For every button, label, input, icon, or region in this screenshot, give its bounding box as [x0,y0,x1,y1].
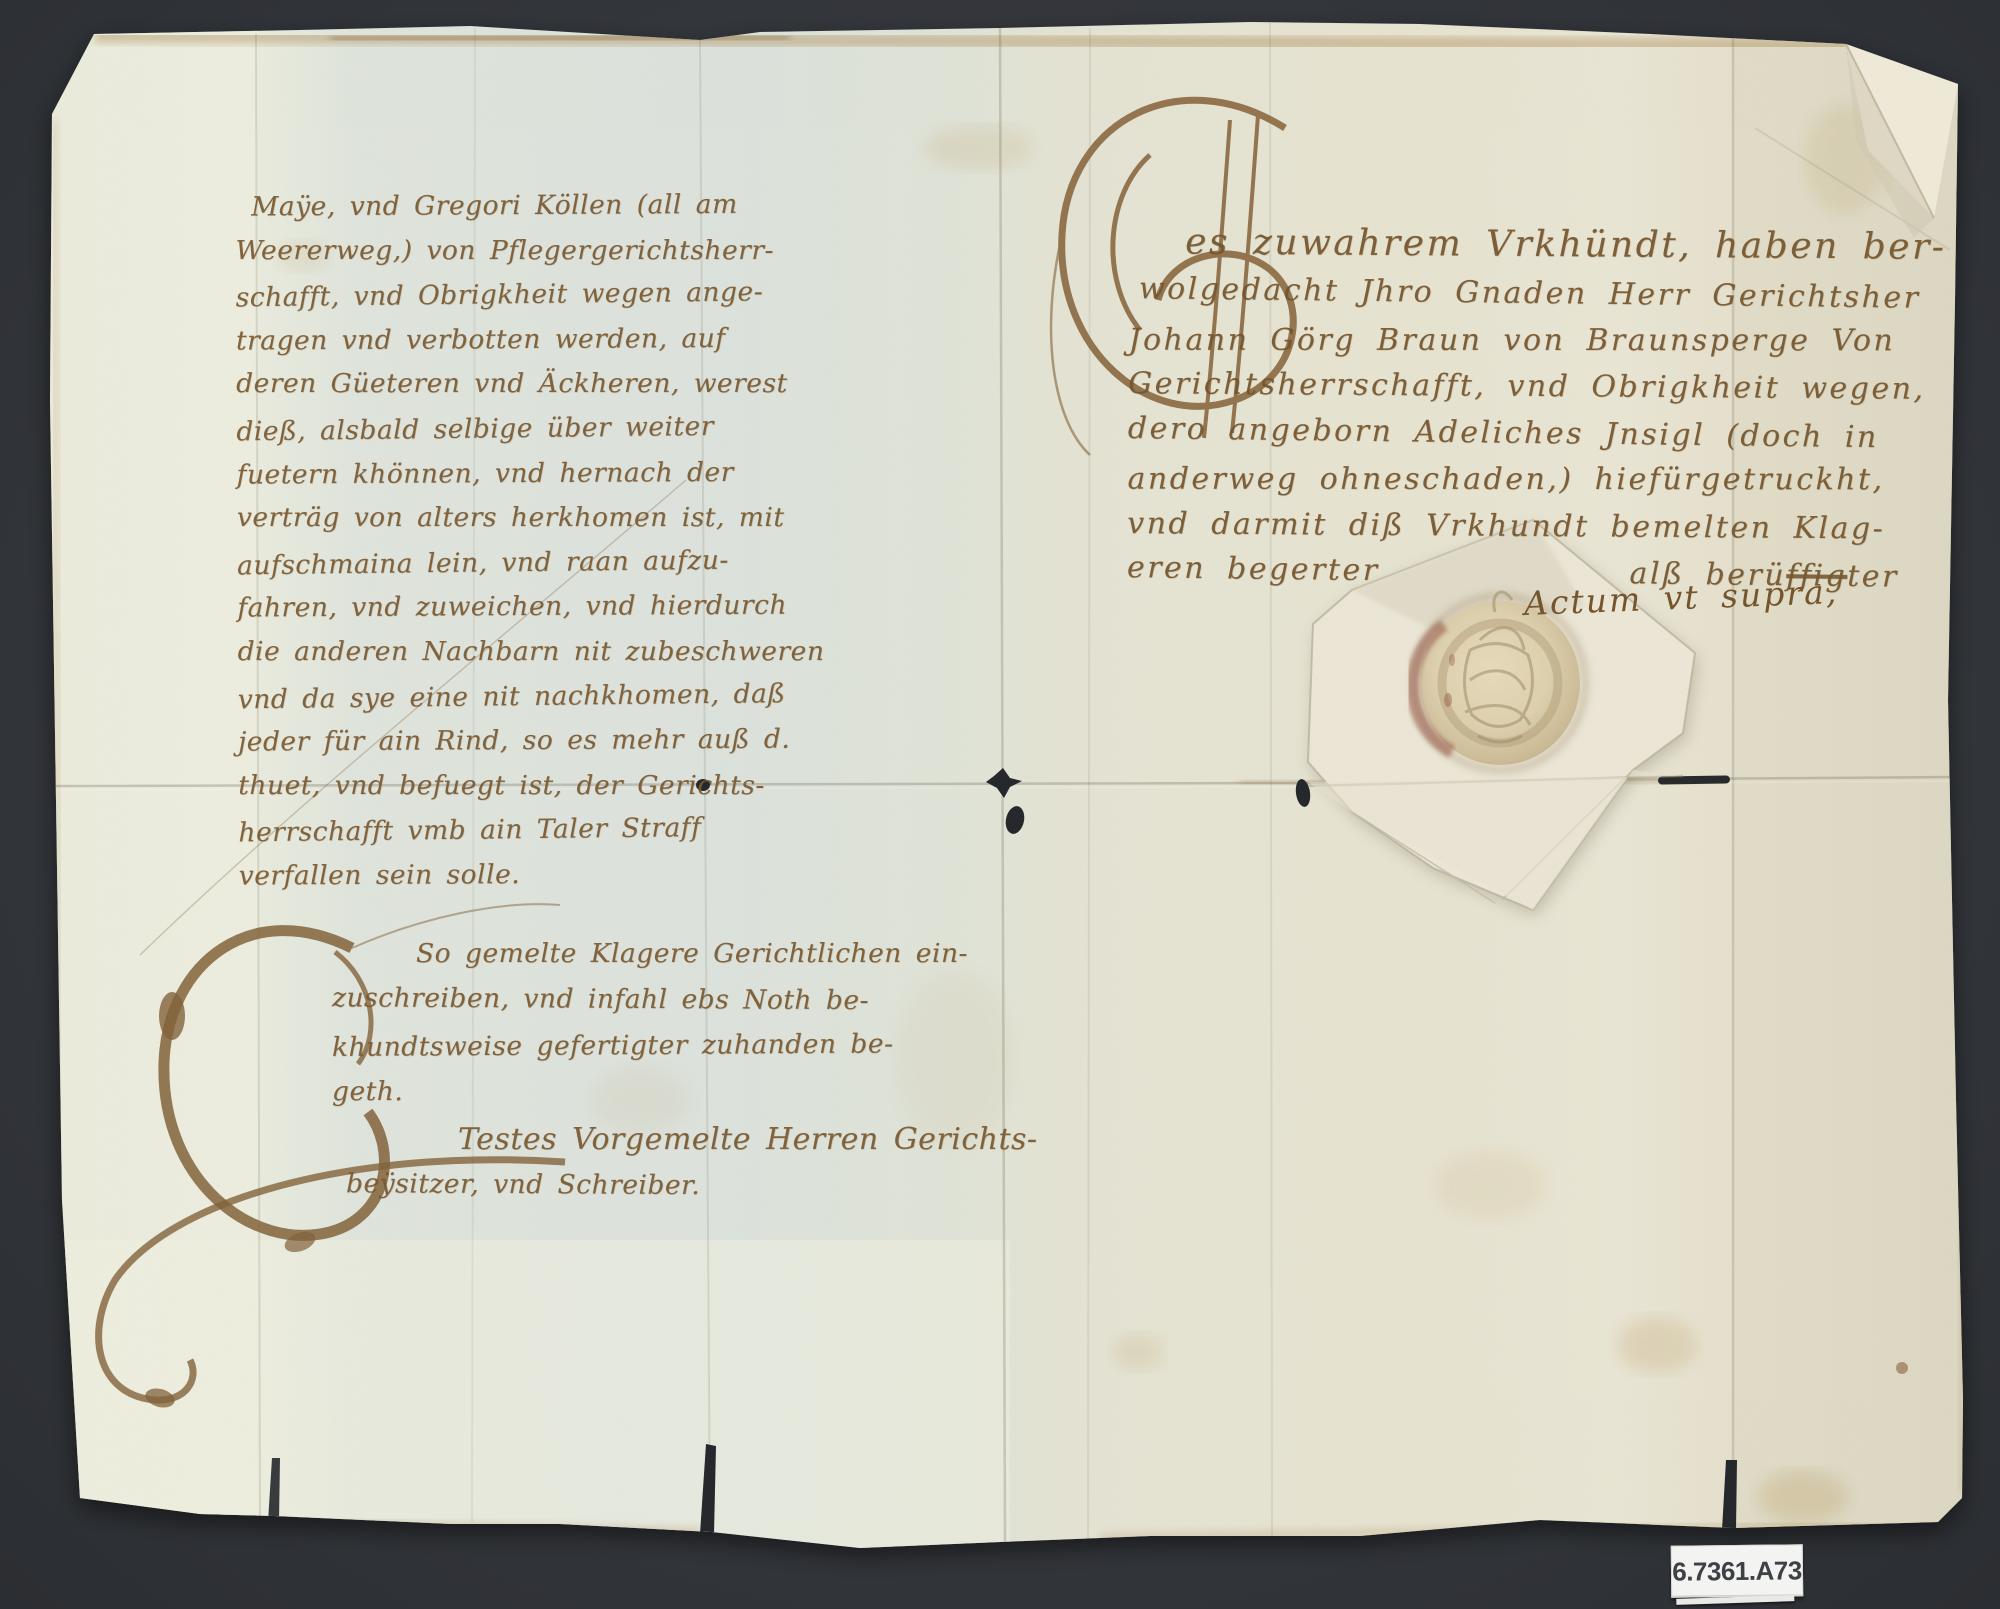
manuscript-line: dero angeborn Adeliches Jnsigl (doch in [1128,411,1946,467]
manuscript-line: fuetern khönnen, vnd hernach der [237,456,824,504]
manuscript-line: deren Güeteren vnd Äckheren, werest [236,368,823,413]
manuscript-line: vnd darmit diß Vrkhundt bemelten Klag- [1127,506,1945,558]
manuscript-line: Gerichtsherrschafft, vnd Obrigkheit wege… [1128,366,1946,418]
manuscript-line: Maÿe, vnd Gregori Köllen (all am [235,188,822,236]
manuscript-line: jeder für ain Rind, so es mehr auß d. [238,724,825,772]
manuscript-line: dieß, alsbald selbige über weiter [236,410,823,461]
manuscript-line: zuschreiben, vnd infahl ebs Noth be- [332,982,968,1031]
manuscript-line: die anderen Nachbarn nit zubeschweren [238,636,825,681]
left-page-paragraph-1: Maÿe, vnd Gregori Köllen (all am Weererw… [235,188,826,905]
manuscript-line: herrschafft vmb ain Taler Straff [238,811,825,862]
manuscript-line: fahren, vnd zuweichen, vnd hierdurch [237,590,824,638]
manuscript-line: anderweg ohneschaden,) hiefürgetruckht, [1127,462,1944,509]
manuscript-line: aufschmaina lein, vnd raan aufzu- [237,543,824,594]
left-page-paragraph-3: Testes Vorgemelte Herren Gerichts- beÿsi… [346,1122,1038,1218]
manuscript-line: So gemelte Klagere Gerichtlichen ein- [332,938,968,984]
manuscript-line: Johann Görg Braun von Braunsperge Von [1128,322,1945,369]
archival-reference-label: 6.7361.A73 [1671,1544,1804,1597]
manuscript-line: schafft, vnd Obrigkheit wegen ange- [235,276,822,327]
manuscript-line: beÿsitzer, vnd Schreiber. [346,1168,1038,1220]
manuscript-line: Weererweg,) von Pflegergerichtsherr- [235,235,822,280]
manuscript-line: wolgedacht Jhro Gnaden Herr Gerichtsher [1129,271,1947,327]
manuscript-line: vnd da sye eine nit nachkhomen, daß [238,677,825,728]
right-page-text-block: es zuwahrem Vrkhündt, haben ber- wolgeda… [1127,221,1947,604]
manuscript-line: geth. [332,1076,968,1122]
photograph-stage: Maÿe, vnd Gregori Köllen (all am Weererw… [0,0,2000,1609]
manuscript-line: khundtsweise gefertigter zuhanden be- [332,1028,968,1078]
left-page-paragraph-2: So gemelte Klagere Gerichtlichen ein- zu… [332,938,968,1122]
manuscript-line: thuet, vnd befuegt ist, der Gerichts- [238,770,825,815]
manuscript-line: Testes Vorgemelte Herren Gerichts- [346,1122,1038,1170]
archival-reference-number: 6.7361.A73 [1672,1555,1802,1587]
manuscript-line: es zuwahrem Vrkhündt, haben ber- [1129,221,1947,279]
manuscript-line: tragen vnd verbotten werden, auf [236,322,823,370]
manuscript-line: verträg von alters herkhomen ist, mit [237,502,824,547]
line-fragment-left: eren begerter [1127,550,1380,600]
manuscript-line: verfallen sein solle. [239,857,826,905]
